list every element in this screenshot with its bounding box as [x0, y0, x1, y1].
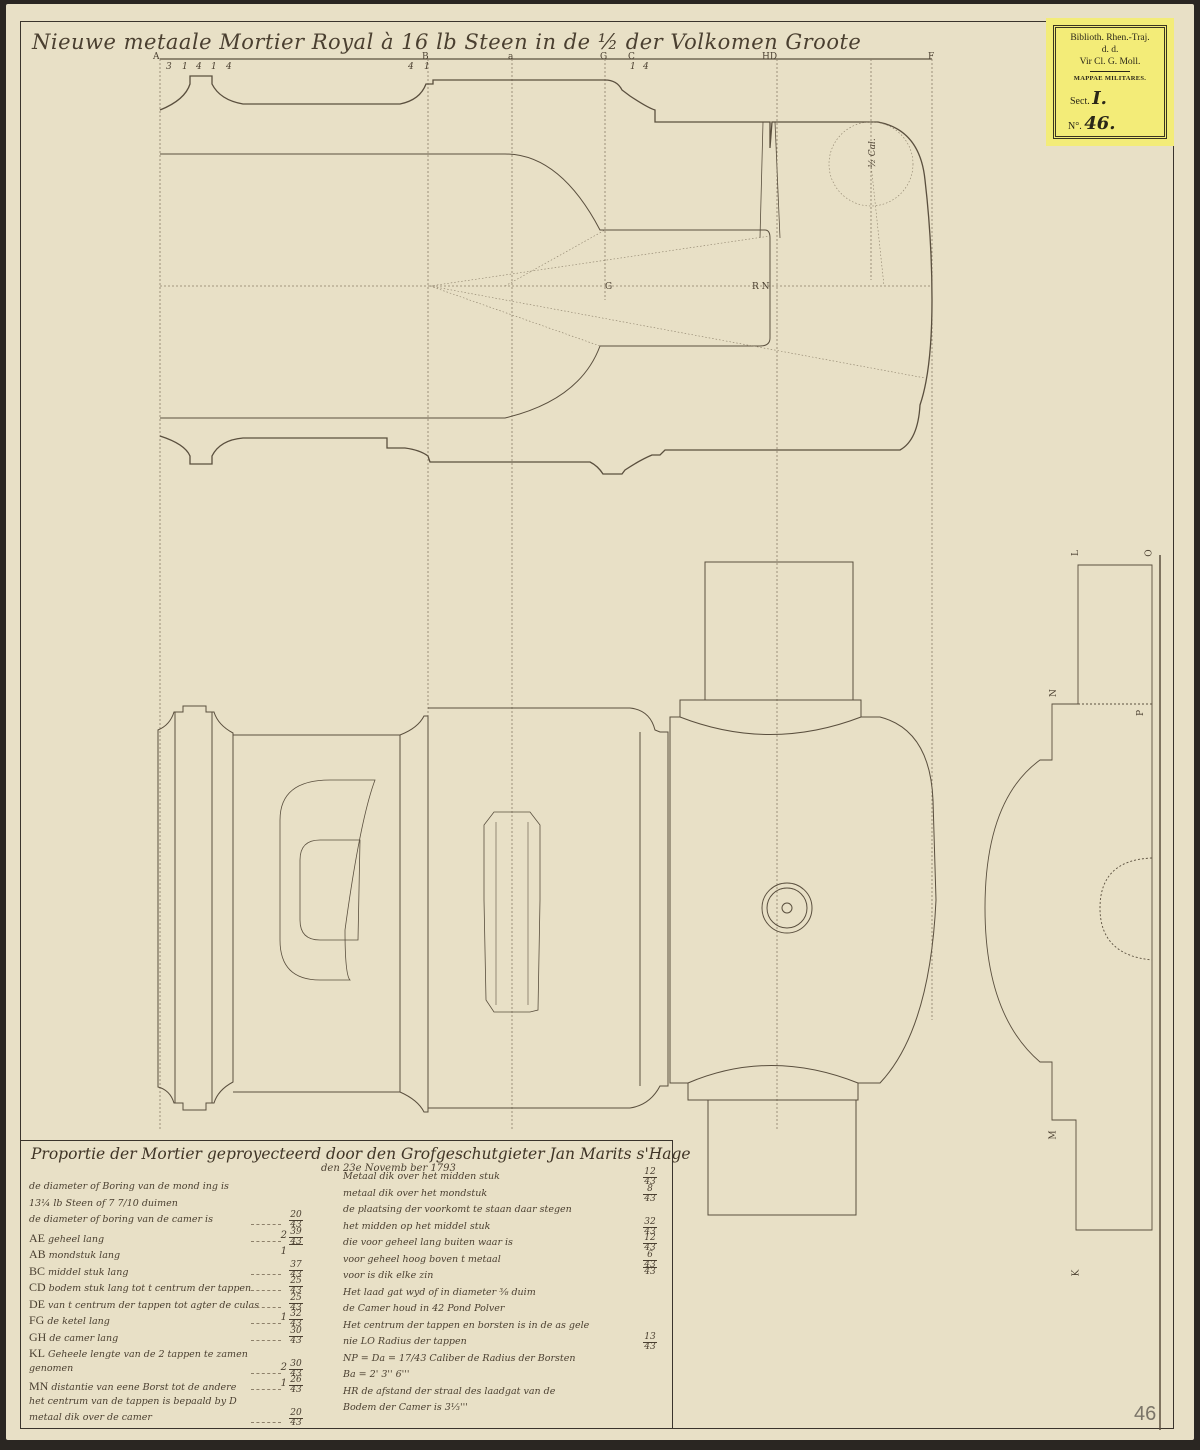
leader-dots [251, 1290, 281, 1291]
num-prefix: N°. [1068, 121, 1082, 132]
table-row: de diameter of boring van de camer is [29, 1214, 213, 1225]
leader-dots [251, 1274, 281, 1275]
table-row: FGde ketel lang [29, 1313, 110, 1328]
pencil-sheet-number: 46 [1134, 1403, 1156, 1426]
library-label: Biblioth. Rhen.-Traj. d. d. Vir Cl. G. M… [1046, 18, 1174, 146]
row-value: 843 [643, 1185, 657, 1204]
dim-1d: 1 [630, 62, 636, 72]
dim-4b: 4 [226, 62, 232, 72]
table-row: Het laad gat wyd of in diameter ⅜ duim [343, 1287, 536, 1298]
value-denominator: 43 [290, 1237, 301, 1247]
row-value: 3043 [289, 1327, 303, 1346]
table-row: Metaal dik over het midden stuk [343, 1171, 500, 1182]
leader-dots [251, 1340, 281, 1341]
table-row: metaal dik over de camer [29, 1412, 152, 1423]
profile-label-o: O [1145, 549, 1155, 556]
table-row: 13¼ lb Steen of 7 7/10 duimen [29, 1198, 178, 1209]
profile-label-l: L [1071, 550, 1081, 556]
row-text: van t centrum der tappen tot agter de cu… [48, 1300, 259, 1311]
row-key: CD [29, 1280, 46, 1294]
row-value: 43 [643, 1267, 657, 1277]
value-whole: 2 [281, 1363, 287, 1372]
table-row: nie LO Radius der tappen [343, 1336, 467, 1347]
row-key: FG [29, 1313, 44, 1327]
axis-label-a: A [153, 52, 160, 62]
row-text: distantie van eene Borst tot de andere [51, 1382, 236, 1393]
point-label-g: G [605, 282, 612, 292]
row-value: 2043 [289, 1409, 303, 1428]
table-row: MNdistantie van eene Borst tot de andere [29, 1379, 236, 1394]
value-denominator: 43 [290, 1336, 301, 1346]
row-text: de camer lang [49, 1333, 118, 1344]
row-value: 12643 [289, 1376, 303, 1395]
row-text: de ketel lang [47, 1316, 110, 1327]
leader-dots [251, 1422, 281, 1423]
profile-label-k: K [1071, 1270, 1081, 1277]
table-row: metaal dik over het mondstuk [343, 1188, 487, 1199]
label-rule [1090, 71, 1130, 72]
axis-label-c: C [628, 52, 635, 62]
axis-label-f: F [928, 52, 934, 62]
value-whole: 1 [281, 1247, 287, 1256]
value-whole: 1 [281, 1313, 287, 1322]
table-row: de plaatsing der voorkomt te staan daar … [343, 1204, 572, 1215]
leader-dots [251, 1389, 281, 1390]
value-denominator: 43 [644, 1267, 655, 1277]
row-key: GH [29, 1330, 46, 1344]
table-row: GHde camer lang [29, 1330, 118, 1345]
value-denominator: 43 [644, 1342, 655, 1352]
dim-4: 4 [196, 62, 202, 72]
table-row: Bodem der Camer is 3⅓''' [343, 1402, 468, 1413]
axis-label-g: G [600, 52, 607, 62]
table-row: DEvan t centrum der tappen tot agter de … [29, 1297, 259, 1312]
num-value: 46. [1084, 113, 1115, 134]
table-row: Het centrum der tappen en borsten is in … [343, 1320, 589, 1331]
value-denominator: 43 [644, 1194, 655, 1204]
row-value: 1 [289, 1244, 303, 1245]
row-text: de diameter of boring van de camer is [29, 1214, 213, 1225]
label-section: Sect. I. [1056, 88, 1164, 109]
table-row: genomen [29, 1363, 73, 1374]
table-row: die voor geheel lang buiten waar is [343, 1237, 513, 1248]
table-row: KLGeheele lengte van de 2 tappen te zame… [29, 1346, 248, 1361]
row-text: metaal dik over de camer [29, 1412, 152, 1423]
row-key: BC [29, 1264, 45, 1278]
dim-4c: 4 [408, 62, 414, 72]
leader-dots [251, 1224, 281, 1225]
axis-label-small-a: a [508, 52, 513, 62]
row-key: DE [29, 1297, 45, 1311]
row-text: middel stuk lang [48, 1267, 128, 1278]
table-row: de diameter of Boring van de mond ing is [29, 1181, 229, 1192]
table-row: het centrum van de tappen is bepaald by … [29, 1396, 237, 1407]
dim-4d: 4 [643, 62, 649, 72]
profile-label-n: N [1049, 689, 1059, 697]
proportions-table: Proportie der Mortier geproyecteerd door… [21, 1140, 673, 1428]
sect-prefix: Sect. [1070, 96, 1090, 107]
leader-dots [251, 1373, 281, 1374]
label-number: N°. 46. [1056, 113, 1164, 134]
row-value: 1343 [643, 1333, 657, 1352]
label-collection: MAPPAE MILITARES. [1056, 75, 1164, 82]
row-key: MN [29, 1379, 48, 1393]
dim-1c: 1 [424, 62, 430, 72]
axis-label-b: B [422, 52, 429, 62]
row-text: Geheele lengte van de 2 tappen te zamen [48, 1349, 248, 1360]
label-line-2: d. d. [1056, 44, 1164, 56]
row-text: het centrum van de tappen is bepaald by … [29, 1396, 237, 1407]
value-denominator: 43 [290, 1385, 301, 1395]
leader-dots [251, 1323, 281, 1324]
half-caliber-label: ½ Cal. [868, 138, 878, 168]
table-row: AEgeheel lang [29, 1231, 104, 1246]
table-row: HR de afstand der straal des laadgat van… [343, 1386, 555, 1397]
row-key: AB [29, 1247, 46, 1261]
table-title: Proportie der Mortier geproyecteerd door… [31, 1145, 691, 1163]
dim-1b: 1 [211, 62, 217, 72]
dim-3: 3 [166, 62, 172, 72]
table-row: BCmiddel stuk lang [29, 1264, 128, 1279]
profile-label-p: P [1136, 710, 1146, 716]
row-key: AE [29, 1231, 45, 1245]
table-row: CDbodem stuk lang tot t centrum der tapp… [29, 1280, 251, 1295]
point-label-rn: R N [752, 282, 770, 292]
leader-dots [251, 1241, 281, 1242]
value-denominator: 43 [290, 1418, 301, 1428]
label-line-3: Vir Cl. G. Moll. [1056, 56, 1164, 68]
value-whole: 2 [281, 1231, 287, 1240]
dim-1: 1 [182, 62, 188, 72]
row-text: geheel lang [48, 1234, 104, 1245]
table-row: de Camer houd in 42 Pond Polver [343, 1303, 504, 1314]
row-text: genomen [29, 1363, 73, 1374]
row-text: bodem stuk lang tot t centrum der tappen [49, 1283, 251, 1294]
table-row: ABmondstuk lang [29, 1247, 120, 1262]
row-key: KL [29, 1346, 45, 1360]
table-row: voor geheel hoog boven t metaal [343, 1254, 501, 1265]
label-line-1: Biblioth. Rhen.-Traj. [1056, 32, 1164, 44]
table-row: voor is dik elke zin [343, 1270, 433, 1281]
row-text: 13¼ lb Steen of 7 7/10 duimen [29, 1198, 178, 1209]
leader-dots [251, 1307, 281, 1308]
row-text: mondstuk lang [49, 1250, 120, 1261]
sect-value: I. [1092, 88, 1107, 109]
profile-label-m: M [1049, 1130, 1059, 1139]
table-row: Ba = 2' 3'' 6''' [343, 1369, 410, 1380]
table-row: NP = Da = 17/43 Caliber de Radius der Bo… [343, 1353, 576, 1364]
row-text: de diameter of Boring van de mond ing is [29, 1181, 229, 1192]
axis-label-hd: HD [762, 52, 777, 62]
value-numerator [289, 1244, 303, 1245]
value-whole: 1 [281, 1379, 287, 1388]
table-row: het midden op het middel stuk [343, 1221, 490, 1232]
